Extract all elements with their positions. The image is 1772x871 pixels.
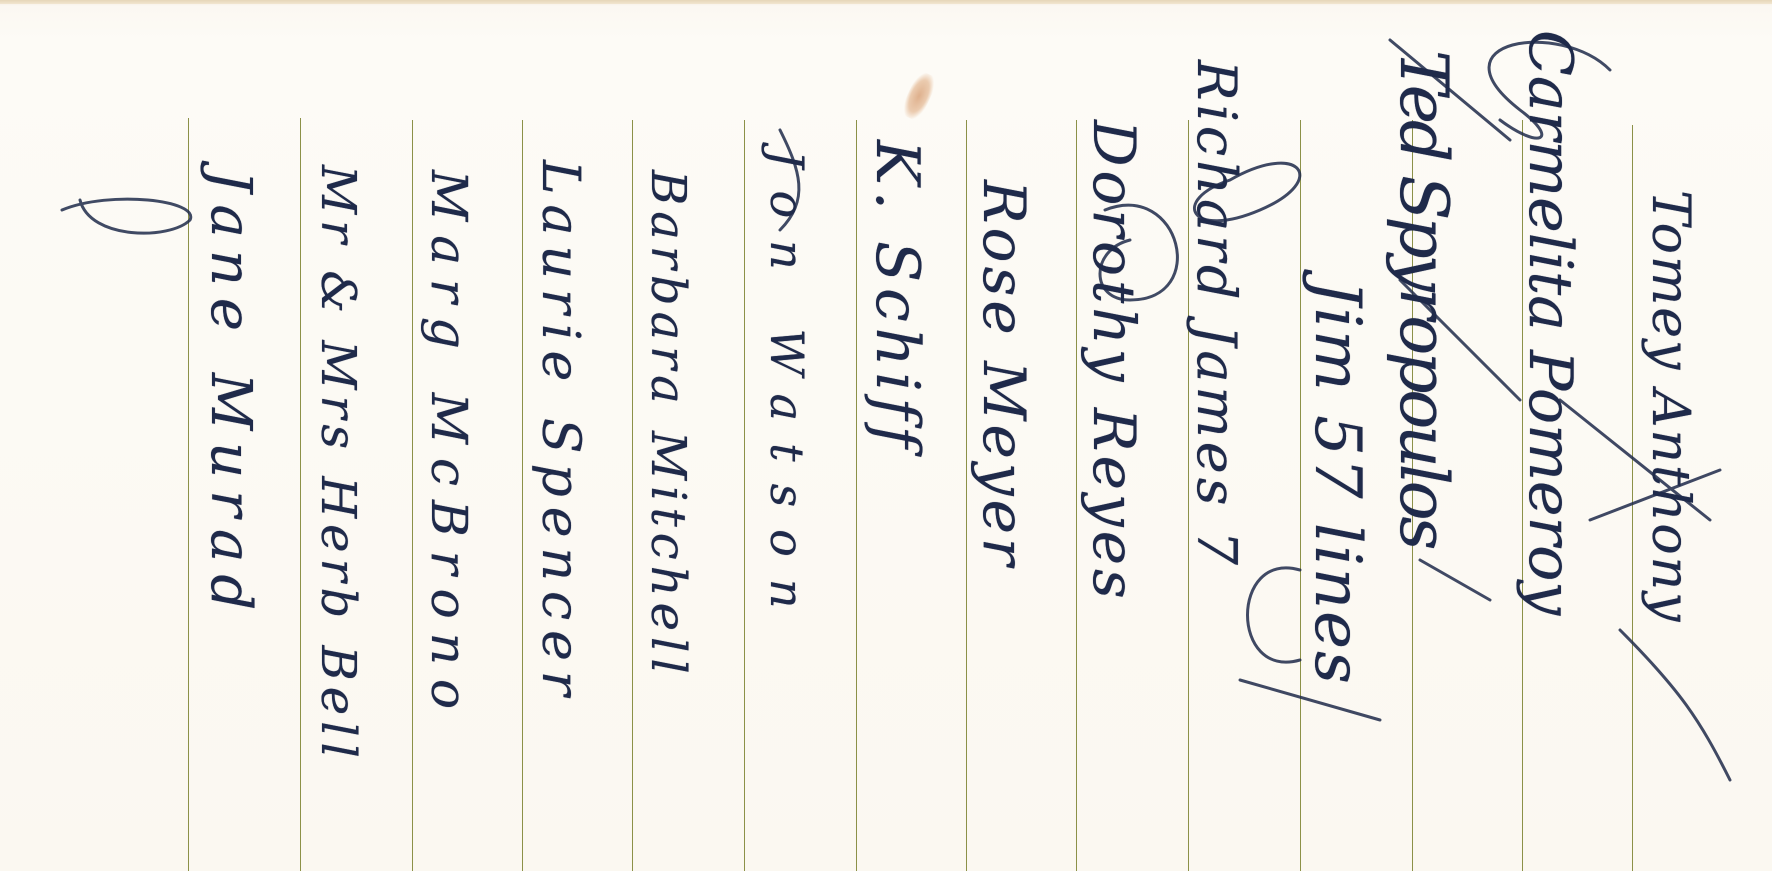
ruled-line (300, 118, 301, 871)
ruled-line (744, 120, 745, 871)
ruled-line (1632, 125, 1633, 871)
signature: Barbara Mitchell (640, 170, 696, 680)
signature: Ted Spyropoulos (1385, 50, 1462, 546)
signature: Tomey Anthony (1640, 190, 1700, 624)
signature: Jane Murad (198, 170, 263, 622)
ruled-line (856, 120, 857, 871)
ruled-line (966, 120, 967, 871)
signature: Marg McBrono (420, 170, 478, 723)
signature: Rose Meyer (970, 180, 1038, 570)
signature: Dorothy Reyes (1080, 120, 1148, 603)
signature: Richard James 7 (1185, 60, 1248, 569)
ruled-line (522, 120, 523, 871)
signature: Mr & Mrs Herb Bell (310, 165, 366, 764)
signature: Jon Watson (760, 150, 814, 631)
signature: K. Schiff (862, 140, 932, 454)
ruled-line (188, 118, 189, 871)
signature-page: Tomey Anthony Carmelita Pomeroy Ted Spyr… (0, 0, 1772, 871)
ruled-line (1076, 120, 1077, 871)
ruled-line (412, 120, 413, 871)
paper-top-edge (0, 0, 1772, 4)
signature: Laurie Spencer (530, 160, 590, 706)
ruled-line (632, 120, 633, 871)
signature: Carmelita Pomeroy (1515, 30, 1585, 615)
paper-stain (899, 70, 939, 123)
signature: Jim 57 lines (1300, 280, 1374, 686)
